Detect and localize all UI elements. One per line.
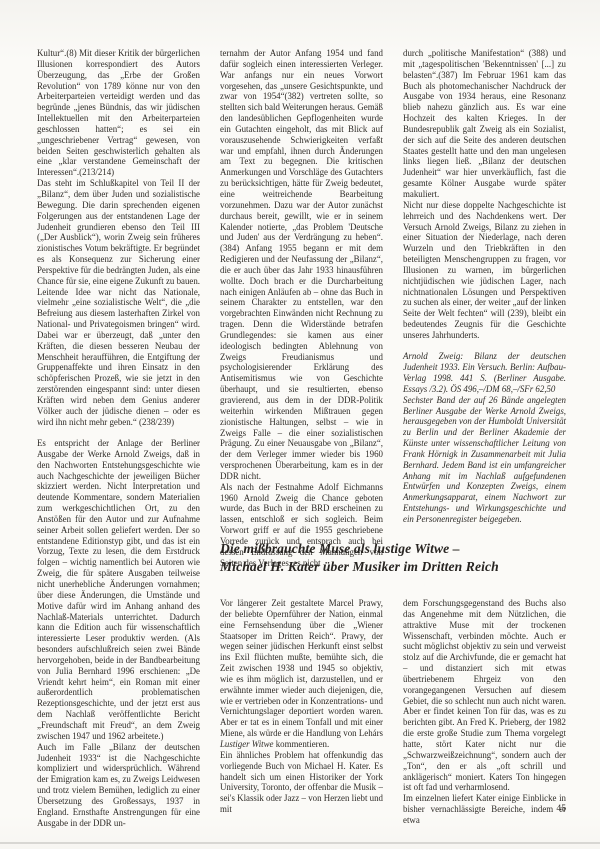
article1-column-middle: ternahm der Autor Anfang 1954 und fand d… bbox=[220, 48, 383, 569]
scan-artifact-line bbox=[0, 842, 600, 844]
article2-heading: Die mißbrauchte Muse als lustige Witwe –… bbox=[220, 540, 590, 575]
article2-paragraph: Ein ähnliches Problem hat offenkundig da… bbox=[220, 750, 383, 815]
reviewed-book-edition-note: Sechster Band der auf 26 Bände angelegte… bbox=[403, 395, 566, 525]
article1-paragraph: durch „politische Manifestation“ (388) u… bbox=[403, 48, 566, 200]
paragraph-text: Vor längerer Zeit gestaltete Marcel Praw… bbox=[220, 598, 383, 738]
page-number: 45 bbox=[403, 803, 566, 814]
article1-paragraph: ternahm der Autor Anfang 1954 und fand d… bbox=[220, 48, 383, 482]
article1-paragraph: Nicht nur diese doppelte Nachgeschichte … bbox=[403, 200, 566, 341]
article2-heading-line1: Die mißbrauchte Muse als lustige Witwe – bbox=[220, 540, 590, 558]
article2-column-middle: Vor längerer Zeit gestaltete Marcel Praw… bbox=[220, 598, 383, 815]
article1-column-right: durch „politische Manifestation“ (388) u… bbox=[403, 48, 566, 525]
paragraph-text: kommentieren. bbox=[274, 739, 330, 749]
article1-paragraph: Kultur“.(8) Mit dieser Kritik der bürger… bbox=[37, 48, 200, 178]
article2-column-right: dem Forschungsgegenstand des Buchs also … bbox=[403, 598, 566, 826]
article2-paragraph: dem Forschungsgegenstand des Buchs also … bbox=[403, 598, 566, 793]
operetta-title-italic: Lustiger Witwe bbox=[220, 739, 274, 749]
article2-paragraph: Vor längerer Zeit gestaltete Marcel Praw… bbox=[220, 598, 383, 750]
article1-paragraph: Auch im Falle „Bilanz der deutschen Jude… bbox=[37, 742, 200, 829]
article2-heading-line2: Michael H. Kater über Musiker im Dritten… bbox=[220, 558, 590, 576]
article1-column-left: Kultur“.(8) Mit dieser Kritik der bürger… bbox=[37, 48, 200, 828]
article1-paragraph: Es entspricht der Anlage der Berliner Au… bbox=[37, 438, 200, 742]
article1-paragraph: Das steht im Schlußkapitel von Teil II d… bbox=[37, 178, 200, 427]
reviewed-book-citation: Arnold Zweig: Bilanz der deutschen Juden… bbox=[403, 351, 566, 394]
scanned-book-review-page: Kultur“.(8) Mit dieser Kritik der bürger… bbox=[0, 0, 600, 849]
